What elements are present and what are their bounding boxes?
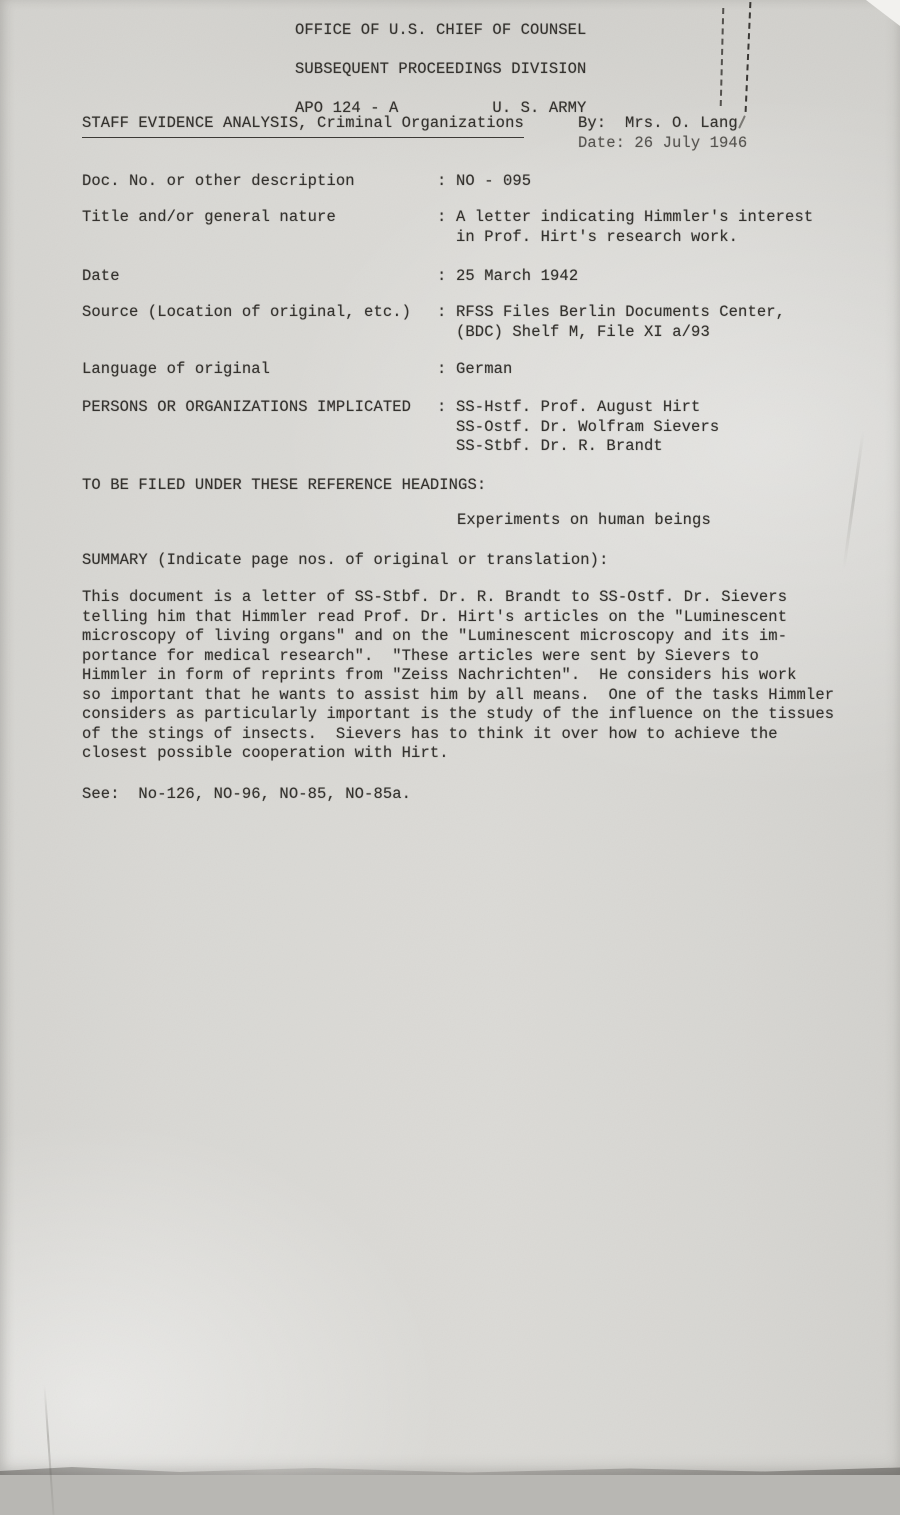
field-label: Source (Location of original, etc.) (82, 303, 411, 323)
field-separator: : (437, 208, 446, 228)
crease-mark-right (745, 2, 752, 112)
field-label: Doc. No. or other description (82, 172, 355, 192)
filing-entry: Experiments on human beings (457, 511, 711, 531)
field-value: 25 March 1942 (456, 267, 856, 287)
field-value: German (456, 360, 856, 380)
summary-body: This document is a letter of SS-Stbf. Dr… (82, 588, 847, 764)
field-value: SS-Hstf. Prof. August Hirt SS-Ostf. Dr. … (456, 398, 856, 457)
see-also-line: See: No-126, NO-96, NO-85, NO-85a. (82, 785, 411, 805)
crease-mark-left (720, 8, 725, 106)
letterhead: OFFICE OF U.S. CHIEF OF COUNSEL SUBSEQUE… (295, 21, 586, 119)
field-separator: : (437, 267, 446, 287)
document-page: OFFICE OF U.S. CHIEF OF COUNSEL SUBSEQUE… (0, 0, 900, 1475)
field-label: Language of original (82, 360, 270, 380)
field-label: PERSONS OR ORGANIZATIONS IMPLICATED (82, 398, 411, 418)
byline: By: Mrs. O. Lang (578, 114, 738, 134)
analysis-date: Date: 26 July 1946 (578, 134, 747, 154)
pen-stray-mark (738, 115, 746, 129)
scratch-mark (43, 1385, 54, 1475)
filing-heading: TO BE FILED UNDER THESE REFERENCE HEADIN… (82, 476, 486, 496)
letterhead-line-2: SUBSEQUENT PROCEEDINGS DIVISION (295, 60, 586, 78)
field-separator: : (437, 398, 446, 418)
document-title: STAFF EVIDENCE ANALYSIS, Criminal Organi… (82, 114, 524, 138)
torn-bottom-edge (0, 1465, 900, 1475)
field-value: RFSS Files Berlin Documents Center, (BDC… (456, 303, 856, 342)
field-value: A letter indicating Himmler's interest i… (456, 208, 856, 247)
corner-fold (866, 0, 900, 26)
field-value: NO - 095 (456, 172, 856, 192)
field-label: Title and/or general nature (82, 208, 336, 228)
summary-heading: SUMMARY (Indicate page nos. of original … (82, 551, 608, 571)
letterhead-line-1: OFFICE OF U.S. CHIEF OF COUNSEL (295, 21, 586, 39)
field-separator: : (437, 303, 446, 323)
field-label: Date (82, 267, 120, 287)
field-separator: : (437, 172, 446, 192)
field-separator: : (437, 360, 446, 380)
